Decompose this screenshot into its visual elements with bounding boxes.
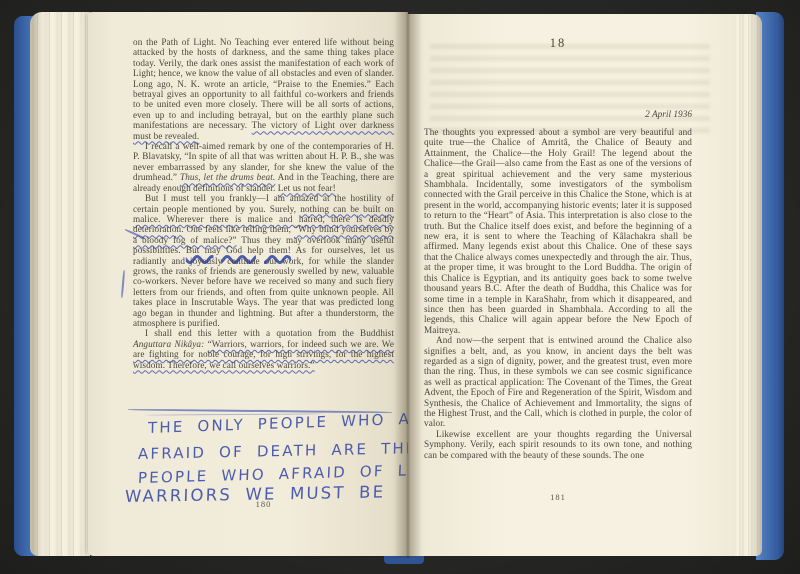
pen-annotated-text: But may God help them!: [186, 245, 291, 255]
printed-paragraph: I shall end this letter with a quotation…: [133, 328, 394, 370]
handwritten-note-line: AFRAID OF DEATH ARE THE: [138, 439, 418, 463]
text-segment: on the Path of Light. No Teaching ever e…: [133, 37, 394, 130]
printed-paragraph: I recall a well-aimed remark by one of t…: [133, 141, 394, 193]
text-segment: I shall end this letter with a quotation…: [145, 328, 394, 338]
printed-paragraph: And now—the serpent that is entwined aro…: [424, 335, 692, 429]
page-stack-left-edge: [30, 12, 90, 556]
letter-date: 2 April 1936: [424, 110, 692, 120]
text-segment: The thoughts you expressed about a symbo…: [424, 127, 692, 335]
text-segment: One feels like telling them,: [184, 224, 294, 234]
right-page-text: The thoughts you expressed about a symbo…: [424, 127, 692, 460]
handwritten-note-line: THE ONLY PEOPLE WHO ARE: [148, 409, 436, 437]
right-page-number: 181: [424, 492, 692, 502]
photo-background: on the Path of Light. No Teaching ever e…: [0, 0, 800, 574]
handwritten-note-line: PEOPLE WHO AFRAID OF LIFE-: [138, 460, 446, 487]
pen-annotated-text: Thus, let the drums beat.: [180, 172, 275, 182]
printed-paragraph: Likewise excellent are your thoughts reg…: [424, 429, 692, 460]
printed-paragraph: on the Path of Light. No Teaching ever e…: [133, 37, 394, 141]
left-page-number: 180: [133, 499, 394, 509]
pen-margin-line: [121, 270, 125, 298]
text-segment: And now—the serpent that is entwined aro…: [424, 335, 692, 428]
pen-annotated-text: Anguttara Nikâya:: [133, 339, 204, 349]
printed-paragraph: But I must tell you frankly—I am amazed …: [133, 193, 394, 328]
text-segment: As for ourselves, let us radiantly and j…: [133, 245, 394, 328]
text-segment: Likewise excellent are your thoughts reg…: [424, 429, 692, 460]
printed-paragraph: The thoughts you expressed about a symbo…: [424, 127, 692, 335]
right-page: 18 2 April 1936 The thoughts you express…: [408, 14, 736, 556]
left-page-text: on the Path of Light. No Teaching ever e…: [133, 37, 394, 370]
chapter-heading: 18: [424, 36, 692, 51]
pen-annotated-text: Let us not fear!: [278, 183, 336, 193]
left-page: on the Path of Light. No Teaching ever e…: [88, 12, 408, 556]
